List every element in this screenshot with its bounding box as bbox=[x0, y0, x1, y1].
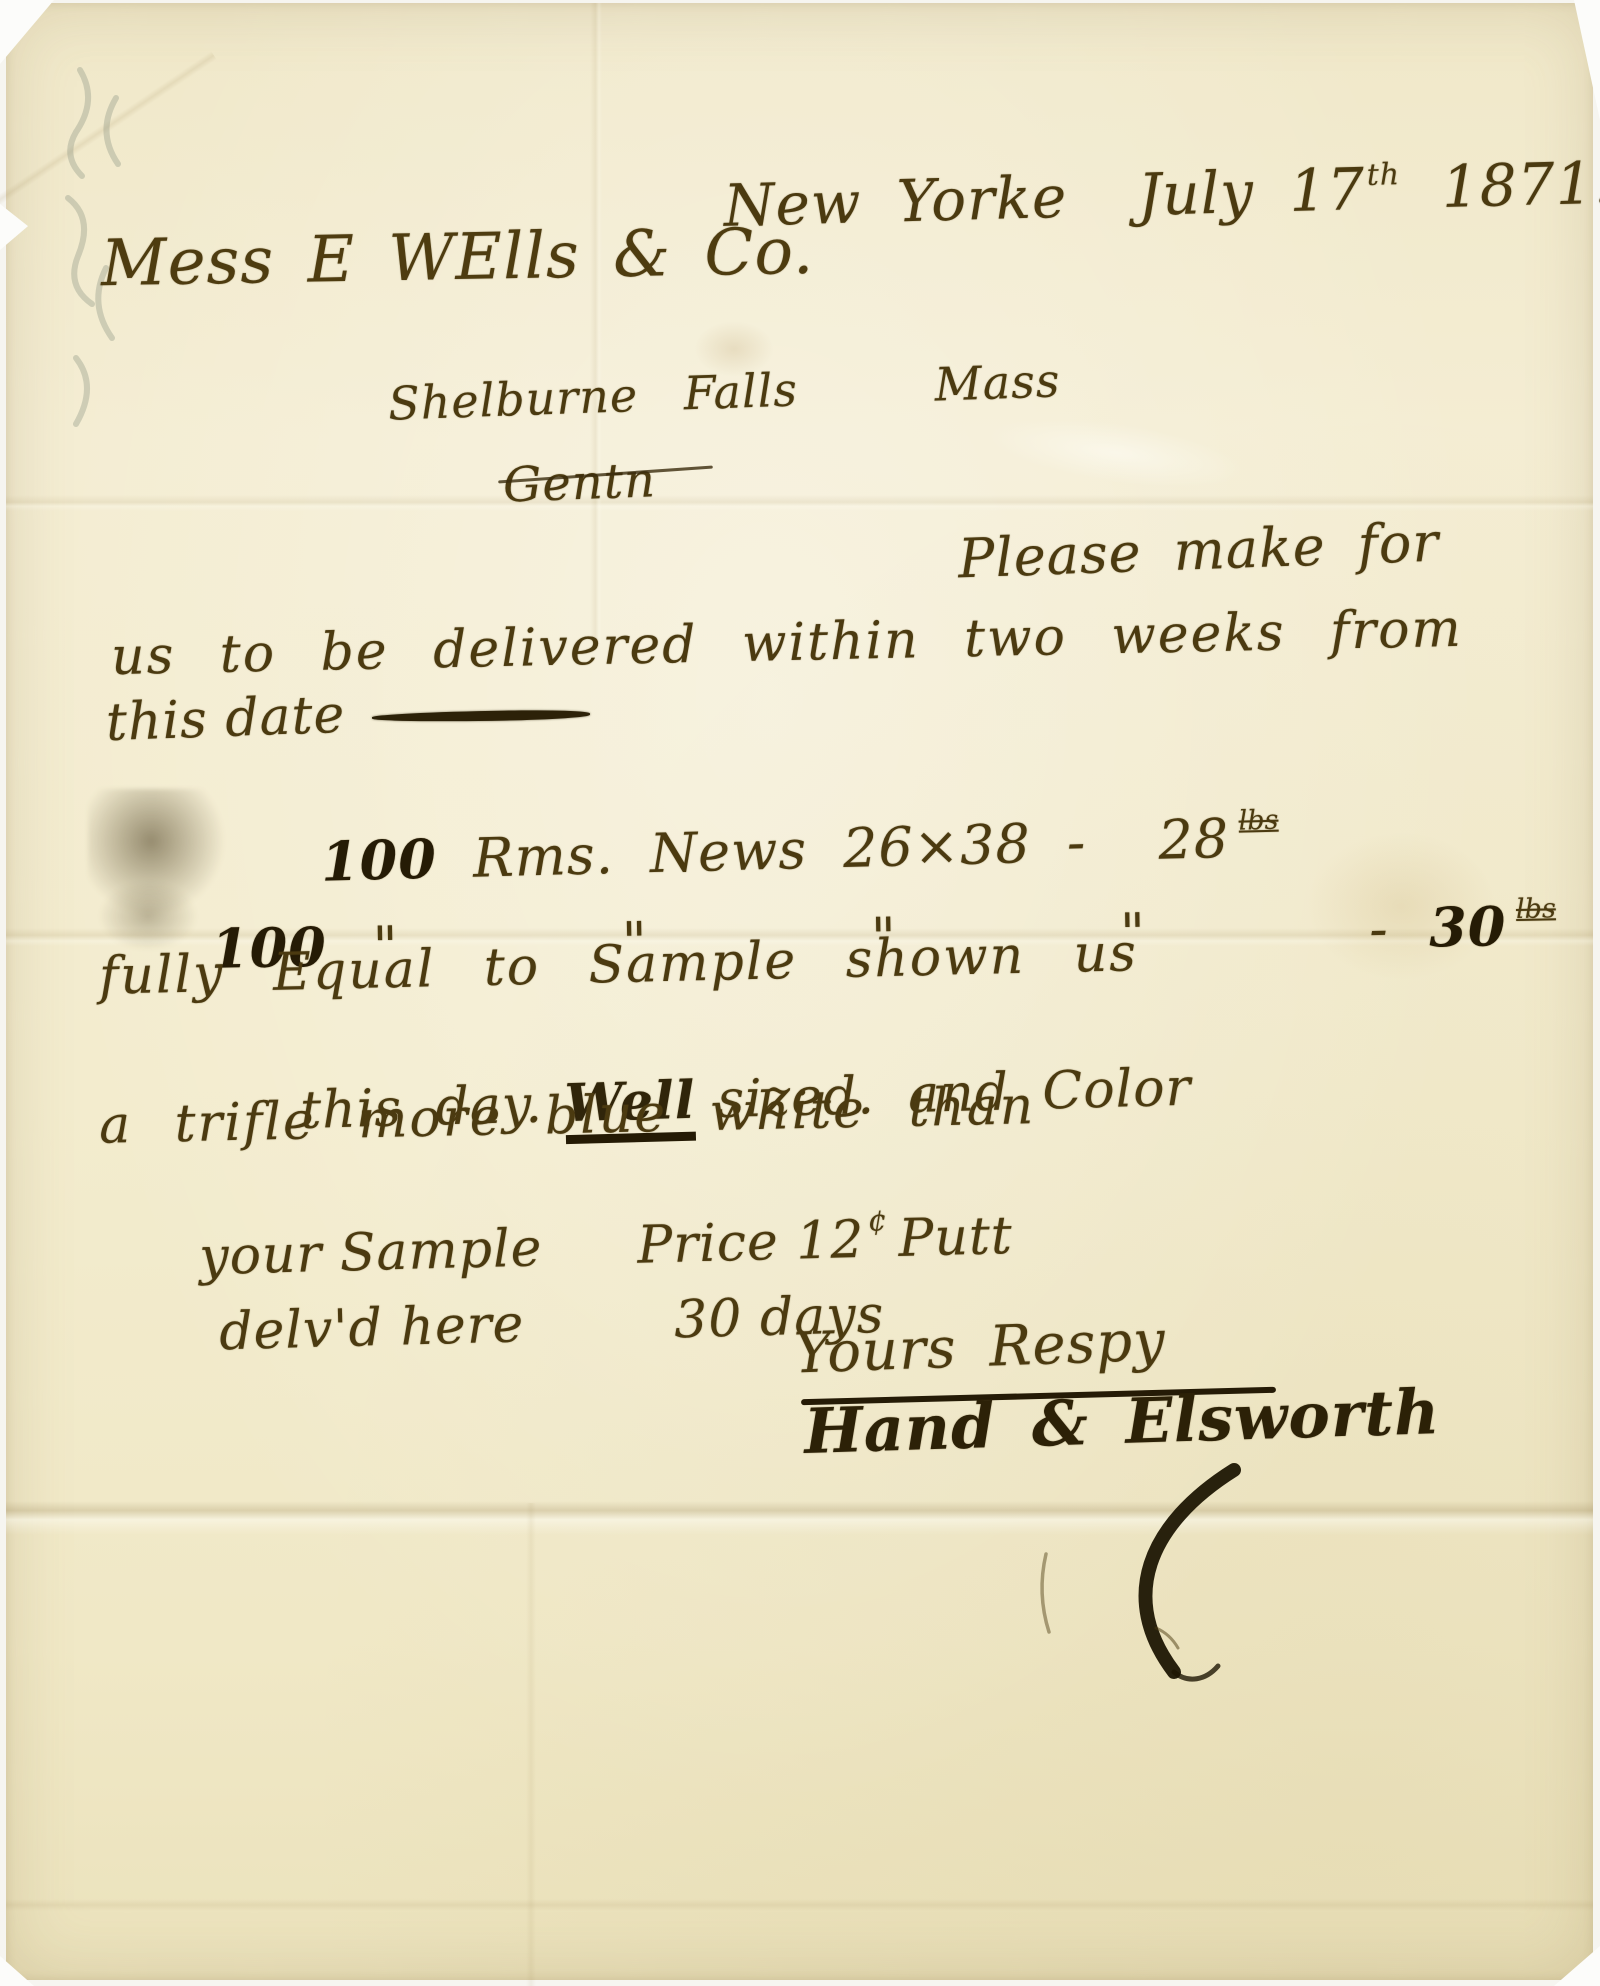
dateline-year: 1871. bbox=[1406, 149, 1600, 222]
body-line: us to be delivered within two weeks from bbox=[111, 599, 1464, 687]
recipient-address: Shelburne Falls Mass bbox=[387, 353, 1061, 430]
body-line-opening: Please make for bbox=[957, 511, 1440, 591]
fold-crease bbox=[6, 495, 1593, 511]
letter-scan: New Yorke July 17th 1871. Mess E WElls &… bbox=[0, 0, 1600, 1986]
pen-dash bbox=[372, 709, 590, 723]
body-line-terms: delv'd here30 days bbox=[112, 1225, 887, 1425]
body-line: this date bbox=[105, 685, 346, 753]
signature: Hand & Elsworth bbox=[803, 1375, 1441, 1468]
item-unit-lbs: lbs bbox=[1238, 805, 1279, 837]
salutation: Gentn bbox=[502, 452, 657, 513]
fold-crease bbox=[590, 3, 602, 643]
signature-flourish bbox=[1006, 1458, 1306, 1698]
fold-crease bbox=[526, 1503, 536, 1986]
paper-highlight bbox=[983, 405, 1249, 501]
letter-paper: New Yorke July 17th 1871. Mess E WElls &… bbox=[6, 3, 1593, 1980]
dateline-ordinal: th bbox=[1366, 157, 1400, 193]
delivery-text: delv'd here bbox=[218, 1294, 525, 1362]
body-fragment: Putt bbox=[898, 1206, 1014, 1269]
recipient-name: Mess E WElls & Co. bbox=[100, 215, 814, 301]
fold-crease bbox=[6, 1899, 1593, 1911]
item-unit-lbs: lbs bbox=[1516, 893, 1556, 925]
valediction: Yours Respy bbox=[793, 1309, 1167, 1387]
item-weight: 30 bbox=[1389, 894, 1507, 960]
fold-crease bbox=[6, 1501, 1593, 1535]
spacer bbox=[525, 1337, 675, 1341]
dateline-place-date: New Yorke July 17 bbox=[723, 155, 1366, 240]
